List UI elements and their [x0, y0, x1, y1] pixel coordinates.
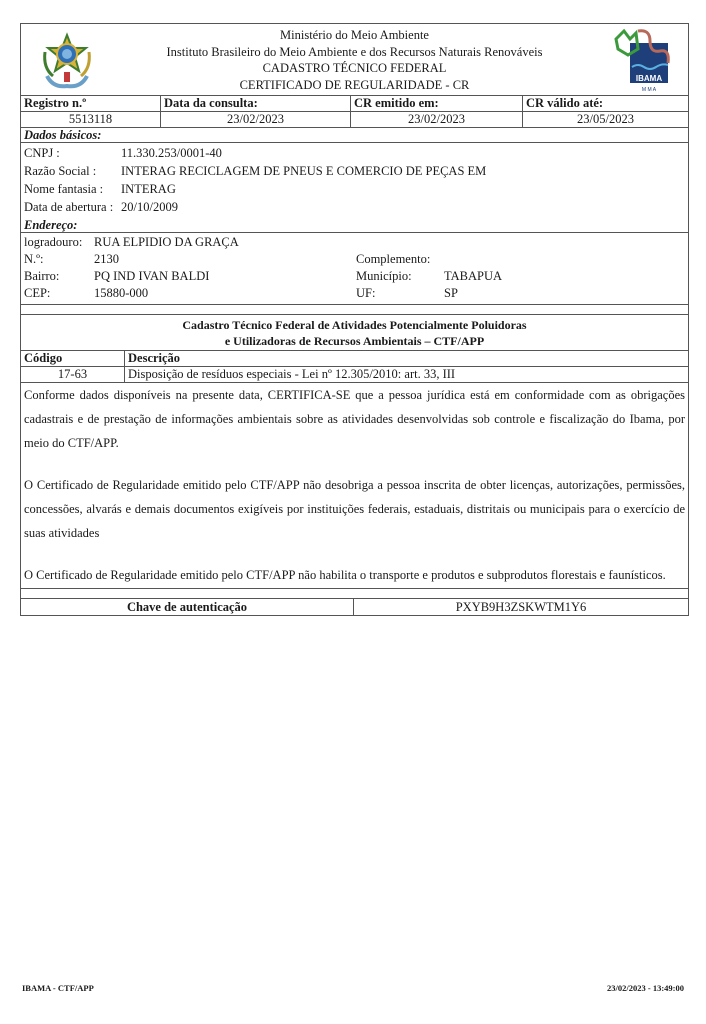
- endereco-heading: Endereço:: [21, 218, 688, 233]
- cep-value: 15880-000: [94, 285, 356, 302]
- ctf-title-line-1: Cadastro Técnico Federal de Atividades P…: [21, 317, 688, 333]
- footer-source: IBAMA - CTF/APP: [22, 983, 94, 993]
- ctf-title-line-2: e Utilizadoras de Recursos Ambientais – …: [21, 333, 688, 349]
- razao-social-label: Razão Social :: [24, 162, 121, 180]
- ibama-logo-icon: IBAMA M M A: [614, 27, 676, 93]
- certificate-header: Ministério do Meio Ambiente Instituto Br…: [21, 24, 688, 96]
- cep-label: CEP:: [24, 285, 94, 302]
- svg-text:IBAMA: IBAMA: [636, 74, 662, 83]
- certification-paragraph-2: O Certificado de Regularidade emitido pe…: [21, 473, 688, 545]
- logradouro-label: logradouro:: [24, 234, 94, 251]
- ctf-app-title: Cadastro Técnico Federal de Atividades P…: [21, 315, 688, 351]
- certificate-title: CERTIFICADO DE REGULARIDADE - CR: [21, 77, 688, 94]
- cnpj-label: CNPJ :: [24, 144, 121, 162]
- dados-basicos-heading: Dados básicos:: [21, 128, 688, 143]
- cr-valido-label: CR válido até:: [523, 96, 688, 111]
- cnpj-field: CNPJ : 11.330.253/0001-40: [24, 144, 685, 162]
- authentication-key-row: Chave de autenticação PXYB9H3ZSKWTM1Y6: [21, 599, 688, 616]
- header-titles: Ministério do Meio Ambiente Instituto Br…: [21, 27, 688, 93]
- registro-label: Registro n.º: [21, 96, 161, 111]
- footer-timestamp: 23/02/2023 - 13:49:00: [607, 983, 684, 993]
- uf-label: UF:: [356, 285, 444, 302]
- numero-label: N.º:: [24, 251, 94, 268]
- data-consulta-label: Data da consulta:: [161, 96, 351, 111]
- authentication-key-value[interactable]: PXYB9H3ZSKWTM1Y6: [354, 599, 688, 615]
- registro-value: 5513118: [21, 112, 161, 127]
- registry-name: CADASTRO TÉCNICO FEDERAL: [21, 60, 688, 77]
- authentication-key-label: Chave de autenticação: [21, 599, 354, 615]
- codigo-header: Código: [21, 351, 125, 366]
- institute-name: Instituto Brasileiro do Meio Ambiente e …: [21, 44, 688, 61]
- section-spacer: [21, 589, 688, 599]
- razao-social-value: INTERAG RECICLAGEM DE PNEUS E COMERCIO D…: [121, 162, 486, 180]
- numero-value: 2130: [94, 251, 356, 268]
- summary-headers: Registro n.º Data da consulta: CR emitid…: [21, 96, 688, 112]
- data-abertura-value: 20/10/2009: [121, 198, 178, 216]
- cep-uf-line: CEP: 15880-000 UF: SP: [24, 285, 685, 302]
- cr-emitido-label: CR emitido em:: [351, 96, 523, 111]
- nome-fantasia-value: INTERAG: [121, 180, 176, 198]
- complemento-label: Complemento:: [356, 251, 444, 268]
- logradouro-field: logradouro: RUA ELPIDIO DA GRAÇA: [24, 234, 685, 251]
- certification-text: Conforme dados disponíveis na presente d…: [21, 383, 688, 589]
- cnpj-value: 11.330.253/0001-40: [121, 144, 222, 162]
- certification-paragraph-1: Conforme dados disponíveis na presente d…: [21, 383, 688, 455]
- logradouro-value: RUA ELPIDIO DA GRAÇA: [94, 234, 239, 251]
- bairro-value: PQ IND IVAN BALDI: [94, 268, 356, 285]
- certification-paragraph-3: O Certificado de Regularidade emitido pe…: [21, 563, 688, 587]
- ministry-name: Ministério do Meio Ambiente: [21, 27, 688, 44]
- certificate-document: Ministério do Meio Ambiente Instituto Br…: [20, 23, 689, 616]
- bairro-label: Bairro:: [24, 268, 94, 285]
- nome-fantasia-label: Nome fantasia :: [24, 180, 121, 198]
- nome-fantasia-field: Nome fantasia : INTERAG: [24, 180, 685, 198]
- descricao-header: Descrição: [125, 351, 688, 366]
- table-row: 17-63 Disposição de resíduos especiais -…: [21, 367, 688, 383]
- activity-code: 17-63: [21, 367, 125, 382]
- svg-text:M M A: M M A: [642, 87, 657, 93]
- endereco-fields: logradouro: RUA ELPIDIO DA GRAÇA N.º: 21…: [21, 233, 688, 305]
- dados-basicos-fields: CNPJ : 11.330.253/0001-40 Razão Social :…: [21, 143, 688, 218]
- data-abertura-label: Data de abertura :: [24, 198, 121, 216]
- numero-complemento-line: N.º: 2130 Complemento:: [24, 251, 685, 268]
- uf-value: SP: [444, 285, 458, 302]
- cr-emitido-value: 23/02/2023: [351, 112, 523, 127]
- section-spacer: [21, 305, 688, 315]
- razao-social-field: Razão Social : INTERAG RECICLAGEM DE PNE…: [24, 162, 685, 180]
- activity-description: Disposição de resíduos especiais - Lei n…: [125, 367, 688, 382]
- summary-values: 5513118 23/02/2023 23/02/2023 23/05/2023: [21, 112, 688, 128]
- municipio-label: Município:: [356, 268, 444, 285]
- data-consulta-value: 23/02/2023: [161, 112, 351, 127]
- bairro-municipio-line: Bairro: PQ IND IVAN BALDI Município: TAB…: [24, 268, 685, 285]
- activity-table-header: Código Descrição: [21, 351, 688, 367]
- municipio-value: TABAPUA: [444, 268, 502, 285]
- cr-valido-value: 23/05/2023: [523, 112, 688, 127]
- data-abertura-field: Data de abertura : 20/10/2009: [24, 198, 685, 216]
